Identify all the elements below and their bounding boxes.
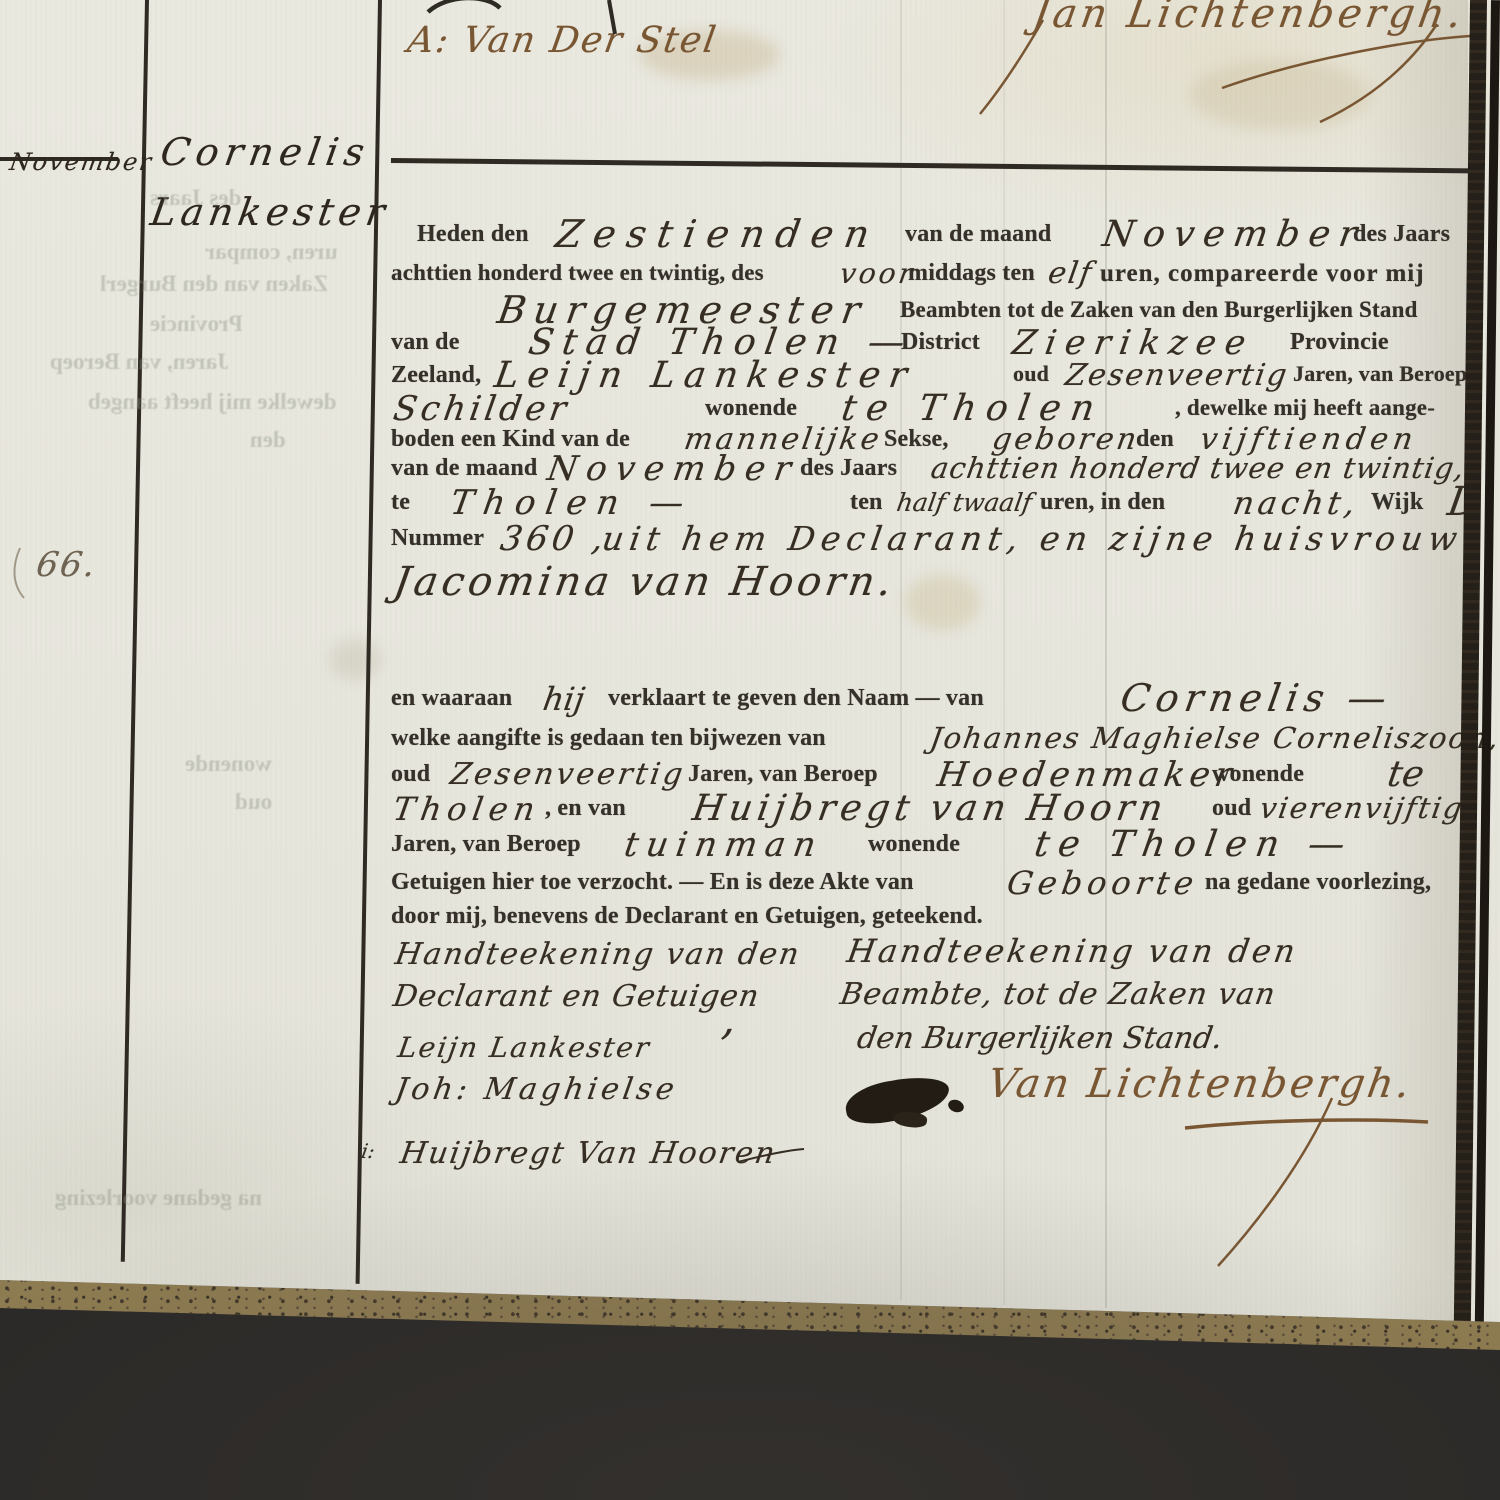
act-text: Zeeland, [391, 363, 481, 387]
act-text: Schilder [391, 392, 573, 426]
act-text: Geboorte [1005, 867, 1201, 899]
act-text: uren, compareerde voor mij [1100, 261, 1425, 286]
act-text: wonende [705, 396, 797, 420]
act-text: wonende [1212, 762, 1304, 786]
act-text: 360 , [498, 522, 610, 556]
act-text: na gedane voorlezing, [1205, 870, 1431, 894]
paper-stain [905, 575, 980, 630]
act-text: Tholen [391, 793, 543, 825]
previous-act-signature: A: Van Der Stel [405, 23, 720, 59]
act-text: te Tholen — [1032, 827, 1356, 863]
act-text: den [1136, 427, 1174, 451]
act-text: November [545, 452, 802, 486]
act-text: Hoedenmaker [935, 758, 1239, 792]
officer-signature-descender [1218, 1098, 1332, 1266]
paper-stain [330, 640, 380, 680]
scan-background: A: Van Der StelJan Lichtenbergh.November… [0, 0, 1500, 1500]
bleedthrough-text: den [250, 428, 286, 451]
margin-entry: 66. [34, 548, 99, 582]
register-page: A: Van Der StelJan Lichtenbergh.November… [0, 0, 1500, 1340]
signature-text: Declarant en Getuigen [391, 982, 762, 1012]
act-text: van de maand [391, 456, 537, 480]
act-text: door mij, benevens de Declarant en Getui… [391, 904, 983, 928]
act-text: Getuigen hier toe verzocht. — En is deze… [391, 870, 914, 894]
act-text: wonende [868, 832, 960, 856]
bleedthrough-text: Zaken van den Burgerl [100, 272, 328, 295]
act-text: middags ten [908, 261, 1035, 285]
bleedthrough-text: na gedane voorlezing [55, 1186, 262, 1209]
act-text: en waaraan [391, 686, 512, 710]
act-text: , dewelke mij heeft aange- [1175, 396, 1435, 419]
previous-act-signature: Jan Lichtenbergh. [1030, 0, 1468, 34]
act-text: Cornelis — [1118, 679, 1395, 717]
act-text: des Jaars [800, 456, 897, 480]
act-text: vierenvijftig [1258, 794, 1466, 823]
act-text: achttien honderd twee en twintig, [929, 454, 1467, 483]
signature-text: i: [360, 1141, 376, 1161]
act-text: Beambten tot de Zaken van den Burgerlijk… [900, 298, 1418, 321]
signature-text: Handteekening van den [845, 935, 1300, 967]
act-text: uit hem Declarant, en zijne huisvrouw [600, 522, 1465, 555]
paper-crease [1105, 0, 1107, 1308]
act-text: Huijbregt van Hoorn [690, 791, 1170, 827]
act-text: Provincie [1290, 330, 1389, 354]
act-text: oud [1212, 796, 1251, 820]
act-text: Jacomina van Hoorn. [391, 562, 898, 602]
bleedthrough-text: oud [235, 790, 272, 813]
table-rule-vertical-date-column [121, 0, 149, 1262]
act-text: Jaren, van Beroep [688, 762, 878, 786]
table-rule-horizontal-main [391, 158, 1471, 173]
act-text: Sekse, [884, 427, 949, 451]
margin-pen-mark [14, 548, 24, 598]
act-text: Zesenveertig [1063, 361, 1290, 391]
bleedthrough-text: Jaren, van Beroep [50, 350, 229, 373]
act-text: Johannes Maghielse Corneliszoon, [928, 724, 1500, 753]
act-text: half twaalf [895, 490, 1034, 515]
act-text: Nummer [391, 526, 484, 550]
act-text: achttien honderd twee en twintig, des [391, 261, 764, 284]
act-text: uren, in den [1040, 490, 1165, 514]
act-text: Wijk [1371, 490, 1423, 514]
act-text: hij [541, 683, 587, 715]
act-text: Zierikzee [1010, 326, 1257, 360]
act-text: welke aangifte is gedaan ten bijwezen va… [391, 726, 826, 750]
bleedthrough-text: des Jaars [150, 186, 241, 209]
act-text: voor [838, 260, 917, 288]
bleedthrough-text: Provincie [150, 312, 243, 335]
act-text: Tholen — [448, 486, 696, 520]
act-text: elf [1046, 259, 1095, 289]
act-text: Jaren, van Beroep [391, 832, 581, 856]
act-text: oud [1013, 363, 1049, 385]
act-text: nacht, [1231, 487, 1361, 519]
act-text: van de [391, 330, 460, 354]
act-text: boden een Kind van de [391, 427, 630, 451]
cut-off-ink-mark [428, 0, 500, 12]
act-text: te [1385, 757, 1426, 793]
act-text: , en van [545, 796, 626, 820]
ink-blot [946, 1098, 965, 1115]
act-text: Zesenveertig [448, 760, 687, 790]
act-text: District [901, 330, 980, 354]
act-text: te [391, 490, 410, 514]
act-text: verklaart te geven den Naam — van [608, 686, 984, 710]
signature-text: Handteekening van den [393, 940, 803, 970]
signature-text: Joh: Maghielse [393, 1075, 680, 1105]
bleedthrough-text: dewelke mij heeft aangeb [88, 390, 337, 413]
act-text: ten [850, 490, 883, 514]
bleedthrough-text: uren, compar [205, 240, 337, 263]
paper-stain [1190, 60, 1370, 130]
bleedthrough-text: wonende [185, 752, 272, 775]
signature-text: Van Lichtenbergh. [985, 1064, 1415, 1104]
signature-text: ’ [714, 1025, 735, 1069]
act-text: Heden den [417, 222, 529, 246]
margin-entry: November [8, 150, 155, 174]
signature-text: den Burgerlijken Stand. [855, 1024, 1224, 1054]
act-text: Zestienden [553, 215, 883, 253]
paper-crease [1003, 0, 1005, 1305]
signature-text: Huijbregt Van Hooren [398, 1139, 779, 1169]
margin-entry: Cornelis [158, 133, 373, 171]
act-text: tuinman [622, 828, 826, 862]
act-text: November [1100, 217, 1368, 253]
act-text: des Jaars [1353, 222, 1450, 246]
act-text: van de maand [905, 222, 1051, 246]
signature-text: Beambte, tot de Zaken van [838, 980, 1278, 1010]
signature-text: Leijn Lankester [396, 1034, 653, 1062]
act-text: oud [391, 762, 430, 786]
act-text: Jaren, van Beroep [1293, 363, 1467, 385]
